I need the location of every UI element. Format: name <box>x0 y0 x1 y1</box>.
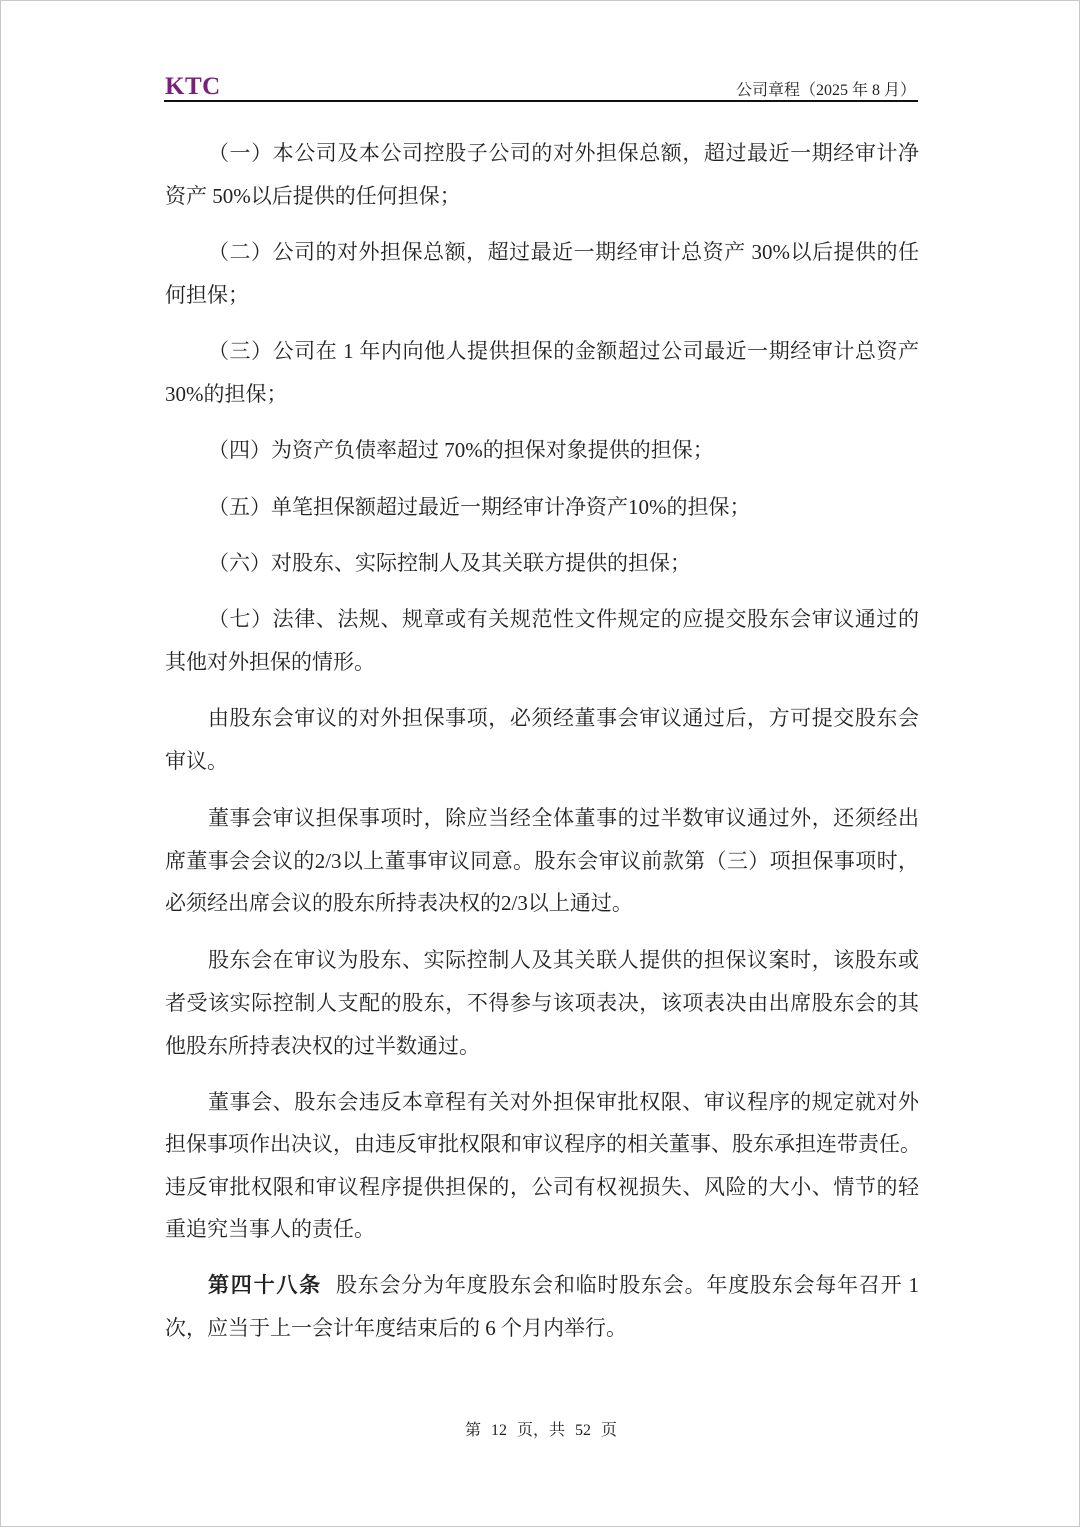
text-line: 30%的担保； <box>165 380 919 408</box>
text-line: 其他对外担保的情形。 <box>165 648 919 676</box>
header-title: 公司章程（2025 年 8 月） <box>736 77 916 100</box>
text-line: （二）公司的对外担保总额，超过最近一期经审计总资产 30%以后提供的任 <box>208 238 919 266</box>
text-line: （五）单笔担保额超过最近一期经审计净资产10%的担保； <box>208 493 919 521</box>
text-line: 董事会、股东会违反本章程有关对外担保审批权限、审议程序的规定就对外 <box>208 1088 919 1116</box>
text-line: 股东会在审议为股东、实际控制人及其关联人提供的担保议案时，该股东或 <box>208 946 919 974</box>
text-line: （三）公司在 1 年内向他人提供担保的金额超过公司最近一期经审计总资产 <box>208 337 919 365</box>
text-line: 他股东所持表决权的过半数通过。 <box>165 1032 919 1060</box>
article-text: 股东会分为年度股东会和临时股东会。年度股东会每年召开 1 <box>336 1273 919 1297</box>
text-line: 者受该实际控制人支配的股东，不得参与该项表决，该项表决由出席股东会的其 <box>165 989 919 1017</box>
header-divider <box>164 100 918 102</box>
text-line: 必须经出席会议的股东所持表决权的2/3以上通过。 <box>165 889 919 917</box>
page-number: 第 12 页，共 52 页 <box>1 1417 1080 1440</box>
document-page: KTC 公司章程（2025 年 8 月） （一）本公司及本公司控股子公司的对外担… <box>0 0 1080 1527</box>
text-line: 资产 50%以后提供的任何担保； <box>165 182 919 210</box>
text-line: （一）本公司及本公司控股子公司的对外担保总额，超过最近一期经审计净 <box>208 139 919 167</box>
text-line: （六）对股东、实际控制人及其关联方提供的担保； <box>208 549 919 577</box>
text-line: 董事会审议担保事项时，除应当经全体董事的过半数审议通过外，还须经出 <box>208 804 919 832</box>
article-48-line-1: 第四十八条股东会分为年度股东会和临时股东会。年度股东会每年召开 1 <box>208 1271 919 1299</box>
text-line: 担保事项作出决议，由违反审批权限和审议程序的相关董事、股东承担连带责任。 <box>165 1130 919 1158</box>
text-line: 何担保； <box>165 281 919 309</box>
text-line: （四）为资产负债率超过 70%的担保对象提供的担保； <box>208 436 919 464</box>
article-label: 第四十八条 <box>208 1273 322 1297</box>
text-line: 由股东会审议的对外担保事项，必须经董事会审议通过后，方可提交股东会 <box>208 704 919 732</box>
company-logo: KTC <box>165 73 221 101</box>
text-line: 审议。 <box>165 747 919 775</box>
text-line: 违反审批权限和审议程序提供担保的，公司有权视损失、风险的大小、情节的轻 <box>165 1173 919 1201</box>
text-line: 重追究当事人的责任。 <box>165 1215 919 1243</box>
text-line: （七）法律、法规、规章或有关规范性文件规定的应提交股东会审议通过的 <box>208 605 919 633</box>
article-48-line-2: 次，应当于上一会计年度结束后的 6 个月内举行。 <box>165 1314 919 1342</box>
text-line: 席董事会会议的2/3以上董事审议同意。股东会审议前款第（三）项担保事项时， <box>165 847 919 875</box>
